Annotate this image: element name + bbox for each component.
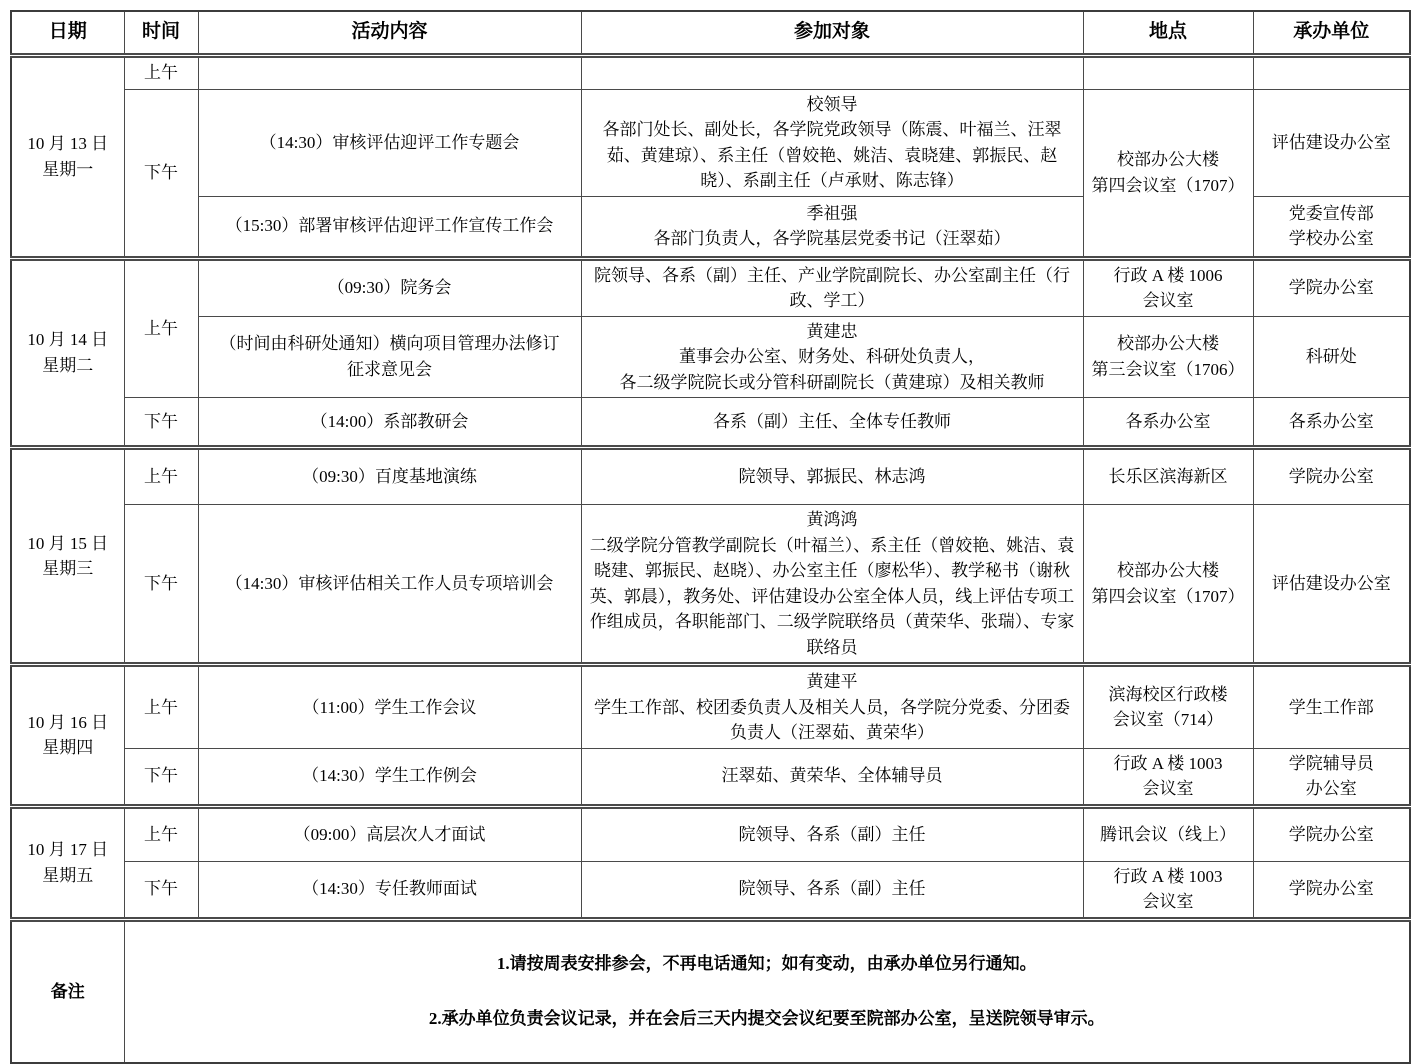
cell-location-tuesday-pm: 各系办公室 xyxy=(1083,398,1253,448)
row-tuesday-am1: 10 月 14 日 星期二 上午 （09:30）院务会 院领导、各系（副）主任、… xyxy=(11,258,1410,316)
cell-participants-wednesday-am: 院领导、郭振民、林志鸿 xyxy=(581,448,1083,505)
cell-participants-friday-am: 院领导、各系（副）主任 xyxy=(581,806,1083,861)
cell-location-friday-am: 腾讯会议（线上） xyxy=(1083,806,1253,861)
notes-content: 1.请按周表安排参会，不再电话通知；如有变动，由承办单位另行通知。 2.承办单位… xyxy=(124,919,1410,1063)
cell-time-thursday-pm: 下午 xyxy=(124,748,198,806)
cell-date-monday: 10 月 13 日 星期一 xyxy=(11,55,124,258)
cell-time-wednesday-am: 上午 xyxy=(124,448,198,505)
cell-location-friday-pm: 行政 A 楼 1003 会议室 xyxy=(1083,861,1253,919)
cell-organizer-friday-am: 学院办公室 xyxy=(1253,806,1410,861)
cell-participants-monday-am xyxy=(581,55,1083,89)
cell-participants-monday-pm2: 季祖强 各部门负责人，各学院基层党委书记（汪翠茹） xyxy=(581,196,1083,258)
weekly-schedule-table: 日期 时间 活动内容 参加对象 地点 承办单位 10 月 13 日 星期一 上午… xyxy=(10,10,1411,1064)
cell-organizer-friday-pm: 学院办公室 xyxy=(1253,861,1410,919)
row-notes: 备注 1.请按周表安排参会，不再电话通知；如有变动，由承办单位另行通知。 2.承… xyxy=(11,919,1410,1063)
cell-activity-monday-pm2: （15:30）部署审核评估迎评工作宣传工作会 xyxy=(198,196,581,258)
cell-organizer-thursday-pm: 学院辅导员 办公室 xyxy=(1253,748,1410,806)
cell-organizer-thursday-am: 学生工作部 xyxy=(1253,665,1410,749)
cell-organizer-tuesday-am1: 学院办公室 xyxy=(1253,258,1410,316)
cell-date-thursday: 10 月 16 日 星期四 xyxy=(11,665,124,807)
cell-date-friday: 10 月 17 日 星期五 xyxy=(11,806,124,919)
cell-participants-tuesday-am1: 院领导、各系（副）主任、产业学院副院长、办公室副主任（行政、学工） xyxy=(581,258,1083,316)
cell-time-thursday-am: 上午 xyxy=(124,665,198,749)
row-wednesday-pm: 下午 （14:30）审核评估相关工作人员专项培训会 黄鸿鸿 二级学院分管教学副院… xyxy=(11,505,1410,665)
cell-time-tuesday-pm: 下午 xyxy=(124,398,198,448)
cell-organizer-tuesday-pm: 各系办公室 xyxy=(1253,398,1410,448)
cell-activity-tuesday-am1: （09:30）院务会 xyxy=(198,258,581,316)
cell-organizer-wednesday-pm: 评估建设办公室 xyxy=(1253,505,1410,665)
header-activity: 活动内容 xyxy=(198,11,581,55)
row-friday-pm: 下午 （14:30）专任教师面试 院领导、各系（副）主任 行政 A 楼 1003… xyxy=(11,861,1410,919)
cell-participants-tuesday-am2: 黄建忠 董事会办公室、财务处、科研处负责人， 各二级学院院长或分管科研副院长（黄… xyxy=(581,316,1083,398)
cell-organizer-monday-pm1: 评估建设办公室 xyxy=(1253,89,1410,196)
cell-location-wednesday-pm: 校部办公大楼 第四会议室（1707） xyxy=(1083,505,1253,665)
row-tuesday-am2: （时间由科研处通知）横向项目管理办法修订 征求意见会 黄建忠 董事会办公室、财务… xyxy=(11,316,1410,398)
cell-activity-wednesday-am: （09:30）百度基地演练 xyxy=(198,448,581,505)
cell-location-monday-pm: 校部办公大楼 第四会议室（1707） xyxy=(1083,89,1253,258)
row-tuesday-pm: 下午 （14:00）系部教研会 各系（副）主任、全体专任教师 各系办公室 各系办… xyxy=(11,398,1410,448)
note-line-2: 2.承办单位负责会议记录，并在会后三天内提交会议纪要至院部办公室，呈送院领导审示… xyxy=(131,1004,1404,1034)
cell-time-friday-am: 上午 xyxy=(124,806,198,861)
cell-participants-thursday-am: 黄建平 学生工作部、校团委负责人及相关人员，各学院分党委、分团委负责人（汪翠茹、… xyxy=(581,665,1083,749)
cell-time-monday-pm: 下午 xyxy=(124,89,198,258)
row-monday-am: 10 月 13 日 星期一 上午 xyxy=(11,55,1410,89)
cell-organizer-tuesday-am2: 科研处 xyxy=(1253,316,1410,398)
cell-activity-wednesday-pm: （14:30）审核评估相关工作人员专项培训会 xyxy=(198,505,581,665)
row-wednesday-am: 10 月 15 日 星期三 上午 （09:30）百度基地演练 院领导、郭振民、林… xyxy=(11,448,1410,505)
row-thursday-am: 10 月 16 日 星期四 上午 （11:00）学生工作会议 黄建平 学生工作部… xyxy=(11,665,1410,749)
cell-participants-tuesday-pm: 各系（副）主任、全体专任教师 xyxy=(581,398,1083,448)
cell-organizer-monday-pm2: 党委宣传部 学校办公室 xyxy=(1253,196,1410,258)
cell-location-monday-am xyxy=(1083,55,1253,89)
row-thursday-pm: 下午 （14:30）学生工作例会 汪翠茹、黄荣华、全体辅导员 行政 A 楼 10… xyxy=(11,748,1410,806)
cell-participants-friday-pm: 院领导、各系（副）主任 xyxy=(581,861,1083,919)
cell-date-wednesday: 10 月 15 日 星期三 xyxy=(11,448,124,665)
row-friday-am: 10 月 17 日 星期五 上午 （09:00）高层次人才面试 院领导、各系（副… xyxy=(11,806,1410,861)
cell-activity-friday-pm: （14:30）专任教师面试 xyxy=(198,861,581,919)
header-organizer: 承办单位 xyxy=(1253,11,1410,55)
header-participants: 参加对象 xyxy=(581,11,1083,55)
cell-location-thursday-am: 滨海校区行政楼 会议室（714） xyxy=(1083,665,1253,749)
header-time: 时间 xyxy=(124,11,198,55)
cell-activity-thursday-am: （11:00）学生工作会议 xyxy=(198,665,581,749)
header-date: 日期 xyxy=(11,11,124,55)
cell-participants-thursday-pm: 汪翠茹、黄荣华、全体辅导员 xyxy=(581,748,1083,806)
row-monday-pm1: 下午 （14:30）审核评估迎评工作专题会 校领导 各部门处长、副处长，各学院党… xyxy=(11,89,1410,196)
note-line-1: 1.请按周表安排参会，不再电话通知；如有变动，由承办单位另行通知。 xyxy=(131,949,1404,979)
notes-label: 备注 xyxy=(11,919,124,1063)
header-location: 地点 xyxy=(1083,11,1253,55)
cell-participants-wednesday-pm: 黄鸿鸿 二级学院分管教学副院长（叶福兰）、系主任（曾姣艳、姚洁、袁晓建、郭振民、… xyxy=(581,505,1083,665)
cell-location-thursday-pm: 行政 A 楼 1003 会议室 xyxy=(1083,748,1253,806)
cell-activity-monday-am xyxy=(198,55,581,89)
cell-organizer-wednesday-am: 学院办公室 xyxy=(1253,448,1410,505)
cell-activity-tuesday-am2: （时间由科研处通知）横向项目管理办法修订 征求意见会 xyxy=(198,316,581,398)
cell-time-monday-am: 上午 xyxy=(124,55,198,89)
cell-time-tuesday-am: 上午 xyxy=(124,258,198,398)
cell-location-wednesday-am: 长乐区滨海新区 xyxy=(1083,448,1253,505)
cell-time-wednesday-pm: 下午 xyxy=(124,505,198,665)
cell-organizer-monday-am xyxy=(1253,55,1410,89)
cell-participants-monday-pm1: 校领导 各部门处长、副处长，各学院党政领导（陈震、叶福兰、汪翠茹、黄建琼）、系主… xyxy=(581,89,1083,196)
cell-location-tuesday-am2: 校部办公大楼 第三会议室（1706） xyxy=(1083,316,1253,398)
cell-activity-friday-am: （09:00）高层次人才面试 xyxy=(198,806,581,861)
schedule-page: 日期 时间 活动内容 参加对象 地点 承办单位 10 月 13 日 星期一 上午… xyxy=(0,0,1417,955)
cell-activity-tuesday-pm: （14:00）系部教研会 xyxy=(198,398,581,448)
cell-location-tuesday-am1: 行政 A 楼 1006 会议室 xyxy=(1083,258,1253,316)
cell-time-friday-pm: 下午 xyxy=(124,861,198,919)
cell-activity-thursday-pm: （14:30）学生工作例会 xyxy=(198,748,581,806)
cell-activity-monday-pm1: （14:30）审核评估迎评工作专题会 xyxy=(198,89,581,196)
table-header-row: 日期 时间 活动内容 参加对象 地点 承办单位 xyxy=(11,11,1410,55)
cell-date-tuesday: 10 月 14 日 星期二 xyxy=(11,258,124,448)
